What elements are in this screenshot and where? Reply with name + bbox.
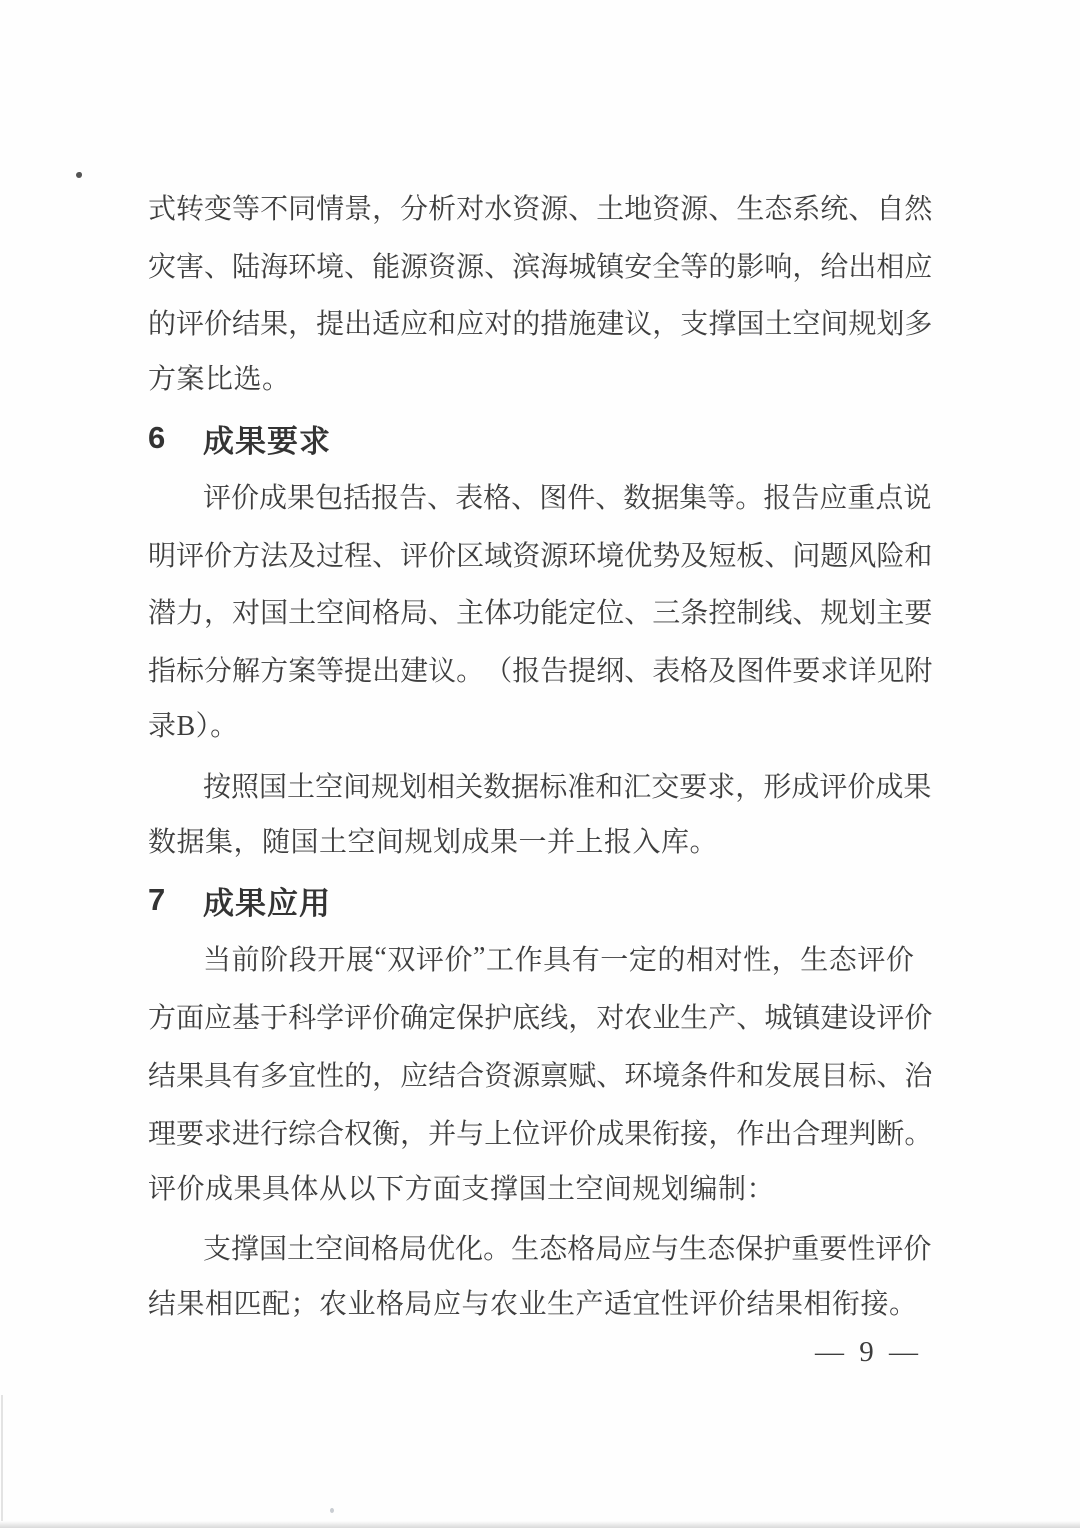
ink-dot-artifact bbox=[76, 172, 82, 178]
text-line: 当前阶段开展“双评价”工作具有一定的相对性，生态评价 bbox=[148, 929, 914, 987]
text-line: 数据集，随国土空间规划成果一并上报入库。 bbox=[148, 814, 914, 872]
scan-speck-artifact bbox=[330, 1508, 334, 1513]
section-title: 成果应用 bbox=[203, 878, 331, 923]
text-line: 评价成果具体从以下方面支撑国土空间规划编制： bbox=[148, 1161, 914, 1219]
text-line: 潜力，对国土空间格局、主体功能定位、三条控制线、规划主要 bbox=[148, 583, 914, 641]
page-number: — 9 — bbox=[815, 1336, 922, 1369]
page-bottom-shadow bbox=[0, 1521, 1080, 1528]
section-number: 6 bbox=[148, 420, 203, 456]
section-heading-6: 6 成果要求 bbox=[148, 409, 914, 467]
text-line: 理要求进行综合权衡，并与上位评价成果衔接，作出合理判断。 bbox=[148, 1103, 914, 1161]
text-line: 方案比选。 bbox=[148, 351, 914, 409]
text-line: 式转变等不同情景，分析对水资源、土地资源、生态系统、自然 bbox=[148, 178, 914, 236]
document-page: 式转变等不同情景，分析对水资源、土地资源、生态系统、自然 灾害、陆海环境、能源资… bbox=[0, 0, 1080, 1528]
section-number: 7 bbox=[148, 882, 203, 918]
text-line: 方面应基于科学评价确定保护底线，对农业生产、城镇建设评价 bbox=[148, 987, 914, 1045]
text-line: 支撑国土空间格局优化。生态格局应与生态保护重要性评价 bbox=[148, 1218, 914, 1276]
text-line: 按照国土空间规划相关数据标准和汇交要求，形成评价成果 bbox=[148, 756, 914, 814]
text-line: 评价成果包括报告、表格、图件、数据集等。报告应重点说 bbox=[148, 467, 914, 525]
text-line: 的评价结果，提出适应和应对的措施建议，支撑国土空间规划多 bbox=[148, 294, 914, 352]
section-title: 成果要求 bbox=[203, 416, 331, 461]
text-line: 结果相匹配；农业格局应与农业生产适宜性评价结果相衔接。 bbox=[148, 1276, 914, 1334]
text-line: 灾害、陆海环境、能源资源、滨海城镇安全等的影响，给出相应 bbox=[148, 236, 914, 294]
text-line: 结果具有多宜性的，应结合资源禀赋、环境条件和发展目标、治 bbox=[148, 1045, 914, 1103]
section-heading-7: 7 成果应用 bbox=[148, 872, 914, 930]
page-left-edge-shadow bbox=[1, 1395, 3, 1528]
document-text-block: 式转变等不同情景，分析对水资源、土地资源、生态系统、自然 灾害、陆海环境、能源资… bbox=[148, 178, 914, 1334]
text-line: 指标分解方案等提出建议。（报告提纲、表格及图件要求详见附 bbox=[148, 640, 914, 698]
text-line: 明评价方法及过程、评价区域资源环境优势及短板、问题风险和 bbox=[148, 525, 914, 583]
text-line: 录B）。 bbox=[148, 698, 914, 756]
